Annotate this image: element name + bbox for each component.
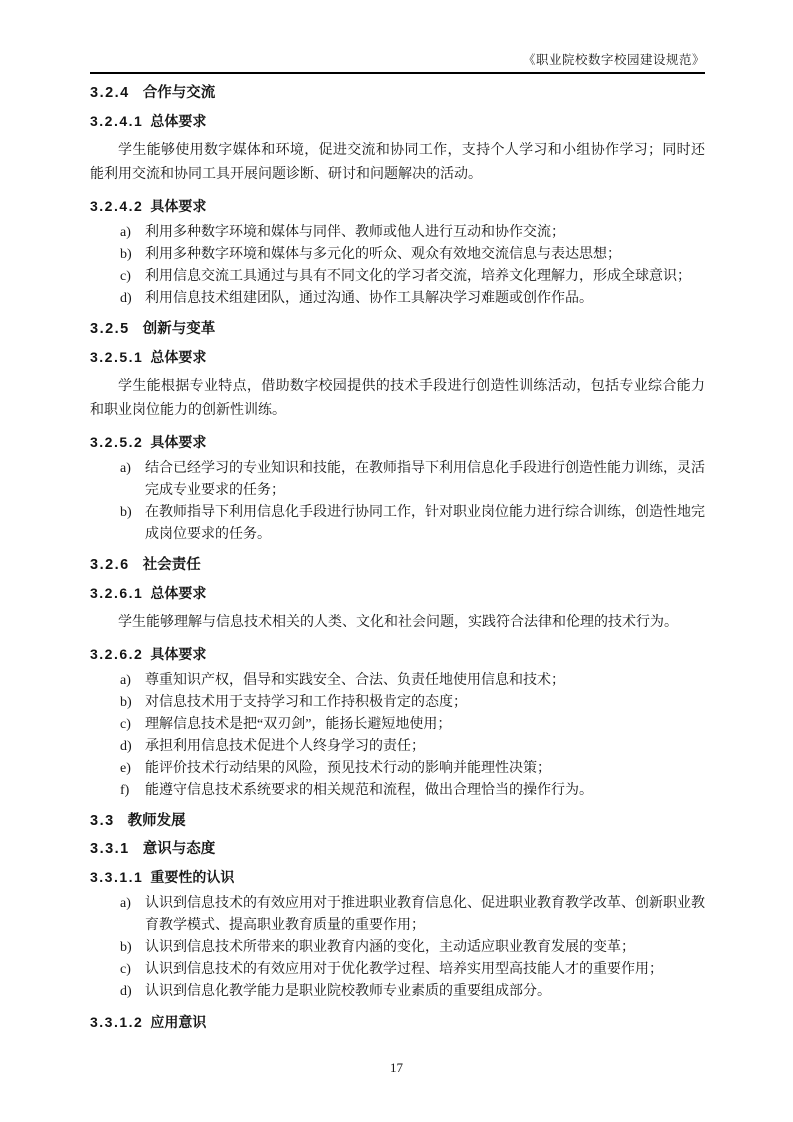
item-text: 结合已经学习的专业知识和技能，在教师指导下利用信息化手段进行创造性能力训练，灵活… xyxy=(145,458,705,502)
list-item: c) 认识到信息技术的有效应用对于优化教学过程、培养实用型高技能人才的重要作用； xyxy=(90,959,705,981)
item-marker: d) xyxy=(120,736,145,758)
item-text: 理解信息技术是把“双刃剑”，能扬长避短地使用； xyxy=(145,714,705,736)
section-title: 应用意识 xyxy=(150,1014,206,1030)
page-footer: 17 xyxy=(0,1060,793,1076)
list-item: b) 利用多种数字环境和媒体与多元化的听众、观众有效地交流信息与表达思想； xyxy=(90,244,705,266)
section-number: 3.3.1.1 xyxy=(90,869,143,885)
section-title: 创新与变革 xyxy=(143,321,216,337)
item-text: 对信息技术用于支持学习和工作持积极肯定的态度； xyxy=(145,692,705,714)
section-heading-3-2-4: 3.2.4合作与交流 xyxy=(90,84,705,102)
section-title: 社会责任 xyxy=(143,557,201,573)
item-text: 认识到信息技术的有效应用对于优化教学过程、培养实用型高技能人才的重要作用； xyxy=(145,959,705,981)
item-marker: d) xyxy=(120,288,145,310)
section-heading-3-2-5-1: 3.2.5.1总体要求 xyxy=(90,348,705,366)
section-title: 意识与态度 xyxy=(143,841,216,857)
list-item: a) 结合已经学习的专业知识和技能，在教师指导下利用信息化手段进行创造性能力训练… xyxy=(90,458,705,502)
page-header: 《职业院校数字校园建设规范》 xyxy=(90,52,705,68)
item-text: 能评价技术行动结果的风险，预见技术行动的影响并能理性决策； xyxy=(145,758,705,780)
section-title: 具体要求 xyxy=(150,646,206,662)
item-text: 利用信息交流工具通过与具有不同文化的学习者交流，培养文化理解力，形成全球意识； xyxy=(145,266,705,288)
section-heading-3-3-1-1: 3.3.1.1重要性的认识 xyxy=(90,868,705,886)
list-item: a) 认识到信息技术的有效应用对于推进职业教育信息化、促进职业教育教学改革、创新… xyxy=(90,893,705,937)
list-3-3-1-1: a) 认识到信息技术的有效应用对于推进职业教育信息化、促进职业教育教学改革、创新… xyxy=(90,893,705,1003)
paragraph-3-2-6-1: 学生能够理解与信息技术相关的人类、文化和社会问题，实践符合法律和伦理的技术行为。 xyxy=(90,611,705,635)
list-item: a) 利用多种数字环境和媒体与同伴、教师或他人进行互动和协作交流； xyxy=(90,222,705,244)
section-heading-3-2-5: 3.2.5创新与变革 xyxy=(90,320,705,338)
item-marker: d) xyxy=(120,981,145,1003)
section-number: 3.3 xyxy=(90,813,115,829)
section-number: 3.2.5.2 xyxy=(90,434,143,450)
list-item: c) 理解信息技术是把“双刃剑”，能扬长避短地使用； xyxy=(90,714,705,736)
item-marker: f) xyxy=(120,780,145,802)
list-item: b) 在教师指导下利用信息化手段进行协同工作，针对职业岗位能力进行综合训练，创造… xyxy=(90,502,705,546)
list-item: b) 认识到信息技术所带来的职业教育内涵的变化，主动适应职业教育发展的变革； xyxy=(90,937,705,959)
item-marker: b) xyxy=(120,244,145,266)
section-title: 合作与交流 xyxy=(143,85,216,101)
section-title: 总体要求 xyxy=(150,349,206,365)
section-title: 具体要求 xyxy=(150,198,206,214)
list-item: d) 承担利用信息技术促进个人终身学习的责任； xyxy=(90,736,705,758)
list-item: c) 利用信息交流工具通过与具有不同文化的学习者交流，培养文化理解力，形成全球意… xyxy=(90,266,705,288)
document-page: 《职业院校数字校园建设规范》 3.2.4合作与交流 3.2.4.1总体要求 学生… xyxy=(0,0,793,1122)
list-item: f) 能遵守信息技术系统要求的相关规范和流程，做出合理恰当的操作行为。 xyxy=(90,780,705,802)
item-text: 利用多种数字环境和媒体与同伴、教师或他人进行互动和协作交流； xyxy=(145,222,705,244)
section-heading-3-2-6-1: 3.2.6.1总体要求 xyxy=(90,584,705,602)
item-text: 认识到信息技术所带来的职业教育内涵的变化，主动适应职业教育发展的变革； xyxy=(145,937,705,959)
item-marker: b) xyxy=(120,937,145,959)
item-marker: a) xyxy=(120,458,145,502)
section-heading-3-3-1: 3.3.1意识与态度 xyxy=(90,840,705,858)
item-text: 认识到信息技术的有效应用对于推进职业教育信息化、促进职业教育教学改革、创新职业教… xyxy=(145,893,705,937)
item-marker: e) xyxy=(120,758,145,780)
section-number: 3.3.1 xyxy=(90,841,130,857)
section-heading-3-3-1-2: 3.3.1.2应用意识 xyxy=(90,1013,705,1031)
item-text: 尊重知识产权，倡导和实践安全、合法、负责任地使用信息和技术； xyxy=(145,670,705,692)
list-3-2-4-2: a) 利用多种数字环境和媒体与同伴、教师或他人进行互动和协作交流； b) 利用多… xyxy=(90,222,705,310)
item-text: 利用信息技术组建团队，通过沟通、协作工具解决学习难题或创作作品。 xyxy=(145,288,705,310)
section-heading-3-2-6: 3.2.6社会责任 xyxy=(90,556,705,574)
section-number: 3.2.6.2 xyxy=(90,646,143,662)
item-marker: a) xyxy=(120,670,145,692)
section-number: 3.2.4.1 xyxy=(90,113,143,129)
section-number: 3.2.4 xyxy=(90,85,130,101)
list-item: d) 认识到信息化教学能力是职业院校教师专业素质的重要组成部分。 xyxy=(90,981,705,1003)
list-item: e) 能评价技术行动结果的风险，预见技术行动的影响并能理性决策； xyxy=(90,758,705,780)
section-heading-3-3: 3.3教师发展 xyxy=(90,812,705,830)
list-item: d) 利用信息技术组建团队，通过沟通、协作工具解决学习难题或创作作品。 xyxy=(90,288,705,310)
item-text: 能遵守信息技术系统要求的相关规范和流程，做出合理恰当的操作行为。 xyxy=(145,780,705,802)
header-rule xyxy=(90,72,705,74)
section-title: 重要性的认识 xyxy=(150,869,234,885)
section-title: 总体要求 xyxy=(150,585,206,601)
section-heading-3-2-4-1: 3.2.4.1总体要求 xyxy=(90,112,705,130)
item-marker: b) xyxy=(120,692,145,714)
list-3-2-5-2: a) 结合已经学习的专业知识和技能，在教师指导下利用信息化手段进行创造性能力训练… xyxy=(90,458,705,546)
section-number: 3.2.4.2 xyxy=(90,198,143,214)
paragraph-3-2-5-1: 学生能根据专业特点，借助数字校园提供的技术手段进行创造性训练活动，包括专业综合能… xyxy=(90,375,705,423)
item-text: 承担利用信息技术促进个人终身学习的责任； xyxy=(145,736,705,758)
list-item: a) 尊重知识产权，倡导和实践安全、合法、负责任地使用信息和技术； xyxy=(90,670,705,692)
page-number: 17 xyxy=(390,1060,403,1075)
section-number: 3.2.6.1 xyxy=(90,585,143,601)
list-3-2-6-2: a) 尊重知识产权，倡导和实践安全、合法、负责任地使用信息和技术； b) 对信息… xyxy=(90,670,705,802)
section-heading-3-2-5-2: 3.2.5.2具体要求 xyxy=(90,433,705,451)
section-number: 3.2.6 xyxy=(90,557,130,573)
section-title: 总体要求 xyxy=(150,113,206,129)
item-marker: c) xyxy=(120,959,145,981)
section-number: 3.3.1.2 xyxy=(90,1014,143,1030)
section-number: 3.2.5 xyxy=(90,321,130,337)
item-marker: b) xyxy=(120,502,145,546)
item-marker: c) xyxy=(120,266,145,288)
item-marker: a) xyxy=(120,222,145,244)
section-heading-3-2-6-2: 3.2.6.2具体要求 xyxy=(90,645,705,663)
section-number: 3.2.5.1 xyxy=(90,349,143,365)
section-heading-3-2-4-2: 3.2.4.2具体要求 xyxy=(90,197,705,215)
item-text: 认识到信息化教学能力是职业院校教师专业素质的重要组成部分。 xyxy=(145,981,705,1003)
item-text: 在教师指导下利用信息化手段进行协同工作，针对职业岗位能力进行综合训练，创造性地完… xyxy=(145,502,705,546)
document-title: 《职业院校数字校园建设规范》 xyxy=(523,53,705,67)
item-marker: c) xyxy=(120,714,145,736)
item-marker: a) xyxy=(120,893,145,937)
paragraph-3-2-4-1: 学生能够使用数字媒体和环境，促进交流和协同工作，支持个人学习和小组协作学习；同时… xyxy=(90,139,705,187)
item-text: 利用多种数字环境和媒体与多元化的听众、观众有效地交流信息与表达思想； xyxy=(145,244,705,266)
section-title: 教师发展 xyxy=(128,813,186,829)
list-item: b) 对信息技术用于支持学习和工作持积极肯定的态度； xyxy=(90,692,705,714)
section-title: 具体要求 xyxy=(150,434,206,450)
